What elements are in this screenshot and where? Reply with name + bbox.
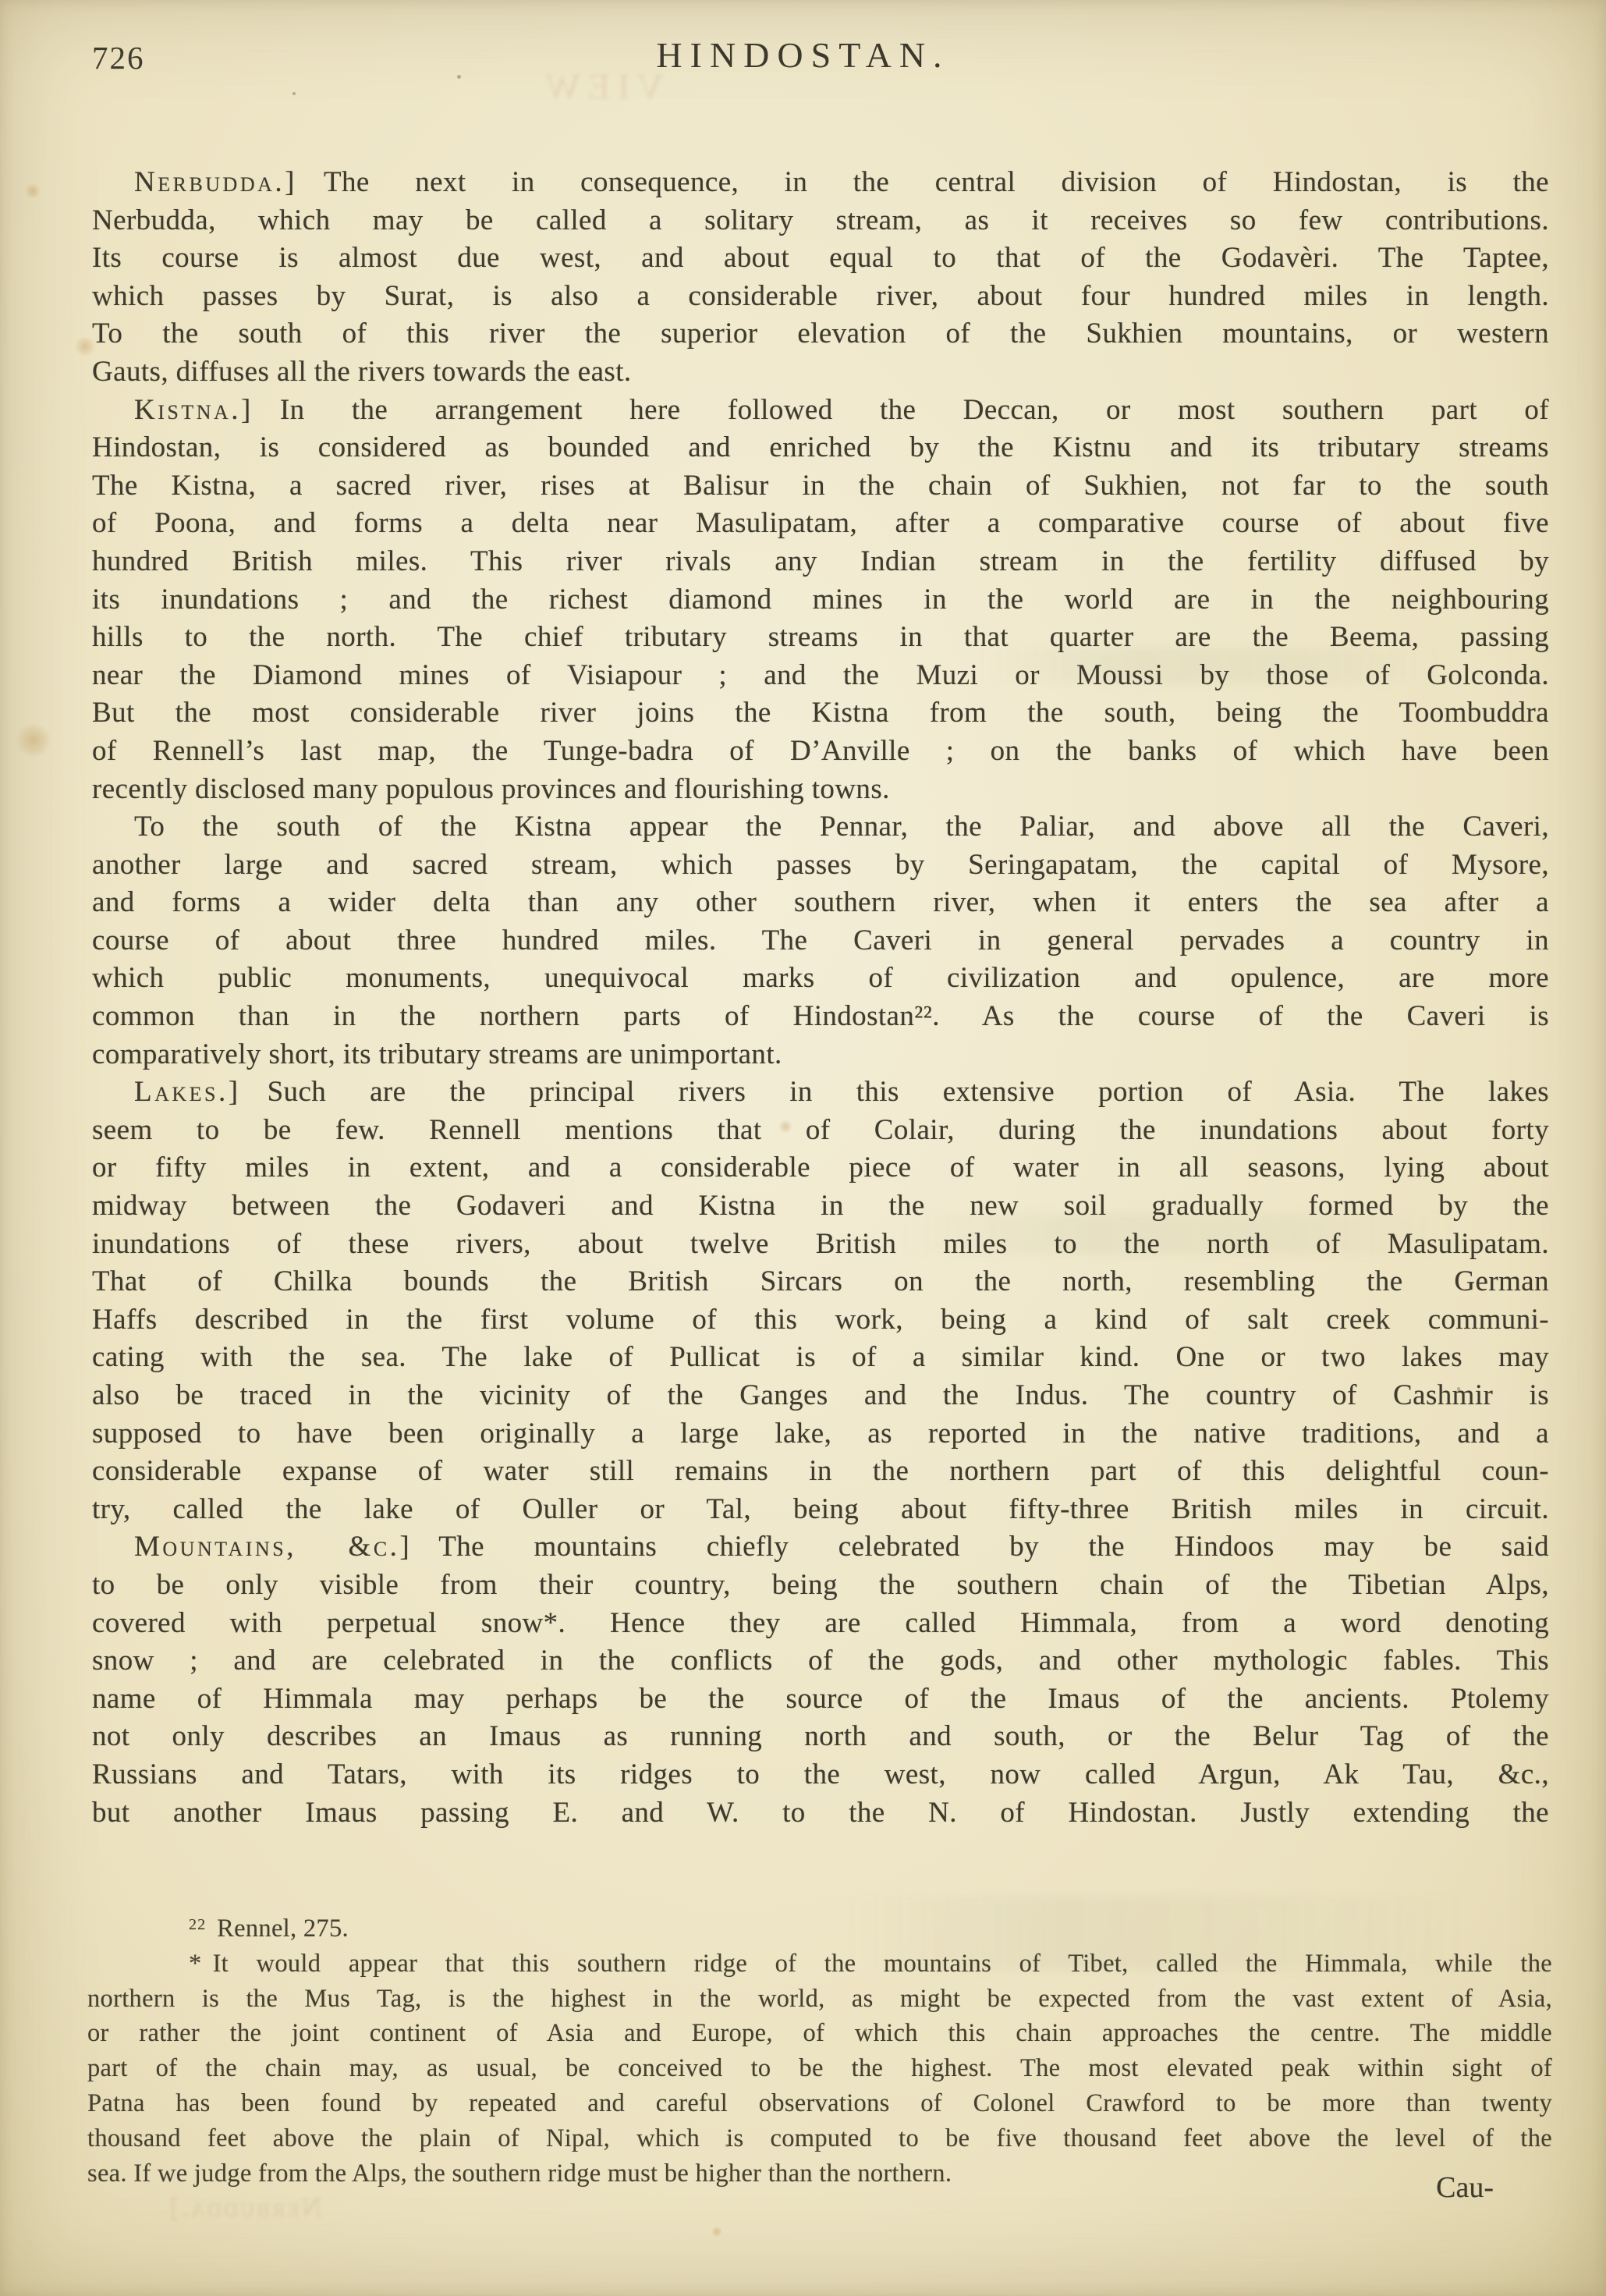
footnote: *It would appear that this southern ridg… <box>87 1946 1552 2191</box>
text-line: Hindostan, is considered as bounded and … <box>92 429 1549 467</box>
footnote-line: or rather the joint continent of Asia an… <box>87 2016 1552 2051</box>
text-line: course of about three hundred miles. The… <box>92 922 1549 960</box>
paragraph: Kistna.]In the arrangement here followed… <box>92 392 1549 809</box>
text-line: To the south of the Kistna appear the Pe… <box>92 808 1549 846</box>
text-line: not only describes an Imaus as running n… <box>92 1718 1549 1756</box>
text-line: or fifty miles in extent, and a consider… <box>92 1149 1549 1187</box>
foxing-spot <box>711 2227 722 2237</box>
text-line: which public monuments, unequivocal mark… <box>92 960 1549 998</box>
text-line: another large and sacred stream, which p… <box>92 846 1549 885</box>
footnotes: 22Rennel, 275.*It would appear that this… <box>87 1907 1552 2191</box>
text-line: considerable expanse of water still rema… <box>92 1453 1549 1491</box>
text-line: its inundations ; and the richest diamon… <box>92 581 1549 619</box>
text-line: also be traced in the vicinity of the Ga… <box>92 1377 1549 1415</box>
text-line: midway between the Godaveri and Kistna i… <box>92 1187 1549 1226</box>
text-line: which passes by Surat, is also a conside… <box>92 278 1549 316</box>
text-line: supposed to have been originally a large… <box>92 1415 1549 1453</box>
section-sidehead: Nerbudda.] <box>134 166 297 198</box>
text-line: To the south of this river the superior … <box>92 315 1549 353</box>
footnote-line: sea. If we judge from the Alps, the sout… <box>87 2156 1552 2191</box>
text-line: Nerbudda, which may be called a solitary… <box>92 202 1549 240</box>
foxing-spot <box>25 184 41 198</box>
bleed-through-text: Nerbudda.] <box>168 2191 322 2223</box>
text-line: The Kistna, a sacred river, rises at Bal… <box>92 467 1549 506</box>
body-text: Nerbudda.]The next in consequence, in th… <box>92 164 1549 1832</box>
text-line: hills to the north. The chief tributary … <box>92 619 1549 657</box>
text-line: seem to be few. Rennell mentions that of… <box>92 1112 1549 1150</box>
text-line: Lakes.]Such are the principal rivers in … <box>92 1073 1549 1112</box>
paragraph: Lakes.]Such are the principal rivers in … <box>92 1073 1549 1528</box>
text-line: Haffs described in the first volume of t… <box>92 1301 1549 1340</box>
footnote-line: *It would appear that this southern ridg… <box>87 1946 1552 1982</box>
foxing-spot <box>16 724 51 757</box>
ink-speck <box>292 92 296 95</box>
footnote: 22Rennel, 275. <box>87 1907 1552 1946</box>
text-line: But the most considerable river joins th… <box>92 694 1549 733</box>
text-line: of Poona, and forms a delta near Masulip… <box>92 505 1549 543</box>
text-line: comparatively short, its tributary strea… <box>92 1036 1549 1074</box>
text-line: hundred British miles. This river rivals… <box>92 543 1549 581</box>
catchword: Cau- <box>1436 2170 1494 2205</box>
text-line: Gauts, diffuses all the rivers towards t… <box>92 353 1549 392</box>
footnote-marker: * <box>189 1950 202 1978</box>
text-line: Mountains, &c.]The mountains chiefly cel… <box>92 1528 1549 1567</box>
text-line: name of Himmala may perhaps be the sourc… <box>92 1680 1549 1719</box>
text-line: and forms a wider delta than any other s… <box>92 884 1549 922</box>
text-line: Kistna.]In the arrangement here followed… <box>92 392 1549 430</box>
footnote-line: Patna has been found by repeated and car… <box>87 2086 1552 2121</box>
paragraph: Nerbudda.]The next in consequence, in th… <box>92 164 1549 392</box>
section-sidehead: Mountains, &c.] <box>134 1531 412 1563</box>
footnote-line: part of the chain may, as usual, be conc… <box>87 2051 1552 2086</box>
text-line: snow ; and are celebrated in the conflic… <box>92 1642 1549 1680</box>
text-line: of Rennell’s last map, the Tunge-badra o… <box>92 733 1549 771</box>
footnote-line: 22Rennel, 275. <box>87 1907 1552 1946</box>
section-sidehead: Lakes.] <box>134 1076 241 1108</box>
text-line: inundations of these rivers, about twelv… <box>92 1226 1549 1264</box>
text-line: covered with perpetual snow*. Hence they… <box>92 1605 1549 1643</box>
footnote-line: thousand feet above the plain of Nipal, … <box>87 2121 1552 2156</box>
footnote-marker: 22 <box>189 1916 206 1933</box>
section-sidehead: Kistna.] <box>134 394 253 426</box>
text-line: to be only visible from their country, b… <box>92 1567 1549 1605</box>
text-line: That of Chilka bounds the British Sircar… <box>92 1263 1549 1301</box>
text-line: common than in the northern parts of Hin… <box>92 998 1549 1036</box>
book-page-scan: VIEW Nerbudda.] 726 HINDOSTAN. Nerbudda.… <box>0 0 1606 2296</box>
running-title: HINDOSTAN. <box>0 34 1606 76</box>
text-line: cating with the sea. The lake of Pullica… <box>92 1339 1549 1377</box>
text-line: but another Imaus passing E. and W. to t… <box>92 1794 1549 1833</box>
text-line: recently disclosed many populous provinc… <box>92 771 1549 809</box>
paragraph: Mountains, &c.]The mountains chiefly cel… <box>92 1528 1549 1832</box>
text-line: Russians and Tatars, with its ridges to … <box>92 1756 1549 1794</box>
text-line: Nerbudda.]The next in consequence, in th… <box>92 164 1549 202</box>
text-line: try, called the lake of Ouller or Tal, b… <box>92 1491 1549 1529</box>
paragraph: To the south of the Kistna appear the Pe… <box>92 808 1549 1073</box>
text-line: Its course is almost due west, and about… <box>92 240 1549 278</box>
text-line: near the Diamond mines of Visiapour ; an… <box>92 657 1549 695</box>
footnote-line: northern is the Mus Tag, is the highest … <box>87 1982 1552 2017</box>
